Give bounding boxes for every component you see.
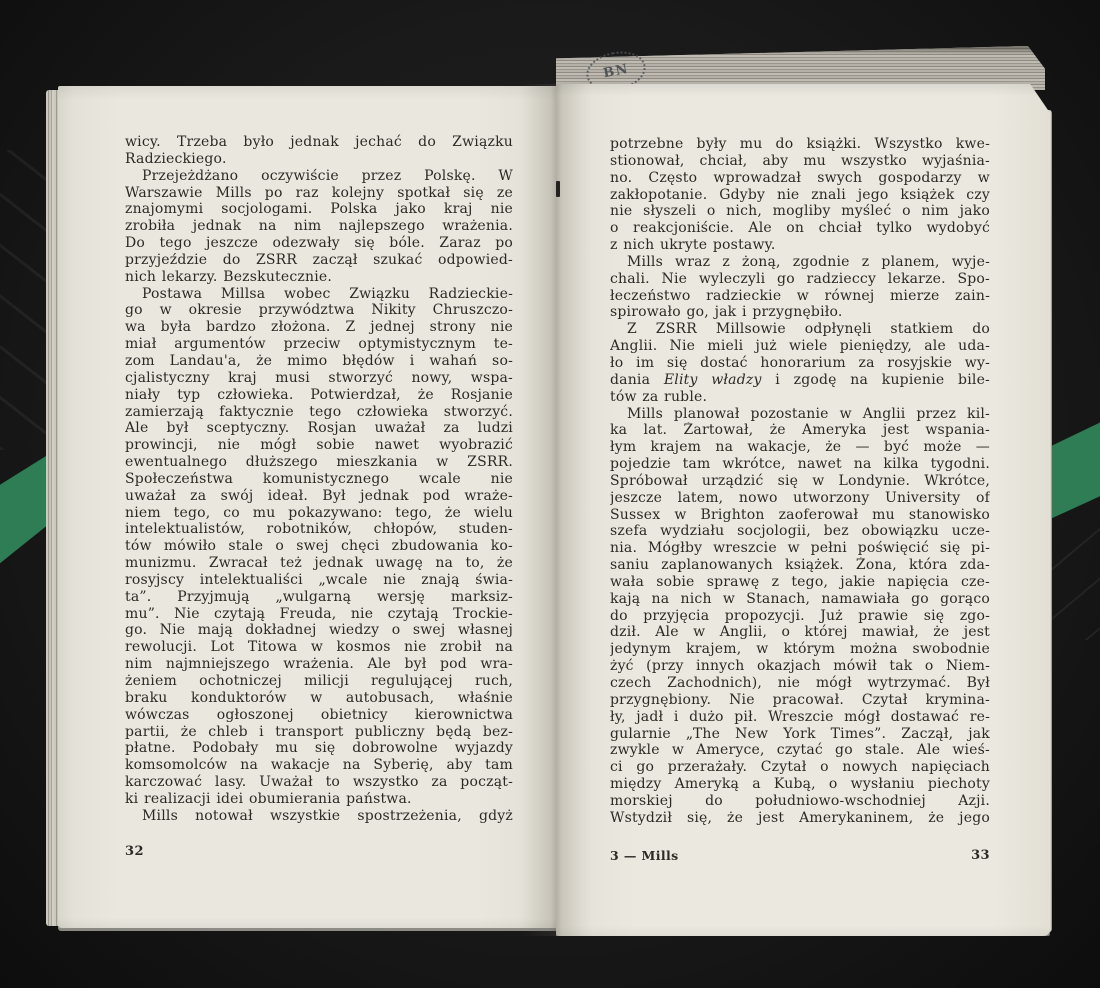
text-line: Wstydził się, że jest Amerykaninem, że j…	[610, 810, 990, 827]
page-number-left: 32	[125, 844, 144, 859]
text-line: uważał za swój ideał. Był jednak pod wra…	[125, 488, 513, 505]
text-line: wa była bardzo złożona. Z jednej strony …	[125, 319, 513, 336]
text-line: Radzieckiego.	[125, 151, 513, 168]
text-line: Mills wraz z żoną, zgodnie z planem, wyj…	[610, 254, 990, 271]
text-line: miał argumentów przeciw optymistycznym t…	[125, 336, 513, 353]
text-line: Społeczeństwa komunistycznego wcale nie	[125, 471, 513, 488]
text-line: pojedzie tam wkrótce, nawet na kilka tyg…	[610, 456, 990, 473]
text-line: Anglii. Nie mieli już wiele pieniędzy, a…	[610, 338, 990, 355]
text-line: prowincji, nie mógł sobie nawet wyobrazi…	[125, 437, 513, 454]
text-line: potrzebne były mu do książki. Wszystko k…	[610, 136, 990, 153]
text-line: Sussex w Brighton zaoferował mu stanowis…	[610, 507, 990, 524]
text-line: Postawa Millsa wobec Związku Radzieckie-	[125, 286, 513, 303]
text-line: ki realizacji idei obumierania państwa.	[125, 791, 513, 808]
right-page: potrzebne były mu do książki. Wszystko k…	[556, 84, 1050, 936]
text-line: szefa wydziału socjologii, bez obowiązku…	[610, 523, 990, 540]
library-stamp-label: BN	[602, 61, 630, 81]
text-line: Mills notował wszystkie spostrzeżenia, g…	[125, 808, 513, 825]
text-line: z nich ukryte postawy.	[610, 237, 990, 254]
text-line: go. Nie mają dokładnej wiedzy o swej wła…	[125, 622, 513, 639]
text-line: do przyjęcia propozycji. Już prawie się …	[610, 608, 990, 625]
text-line: zamierzają faktycznie tego człowieka stw…	[125, 404, 513, 421]
text-line: wicy. Trzeba było jednak jechać do Związ…	[125, 134, 513, 151]
text-line: wała sobie sprawę z tego, jakie napięcia…	[610, 574, 990, 591]
text-line: zrobiła jednak na nim najlepszego wrażen…	[125, 218, 513, 235]
text-line: saniu zaplanowanych książek. Żona, która…	[610, 557, 990, 574]
text-line: chali. Nie wyleczyli go radzieccy lekarz…	[610, 271, 990, 288]
book-photo-background: BN wicy. Trzeba było jednak jechać do Zw…	[0, 0, 1100, 988]
text-line: przyjeździe do ZSRR zaczął szukać odpowi…	[125, 252, 513, 269]
text-line: tów za ruble.	[610, 389, 990, 406]
text-line: niem tego, co mu pokazywano: tego, że wi…	[125, 505, 513, 522]
text-line: morskiej do południowo-wschodniej Azji.	[610, 793, 990, 810]
text-line: łeczeństwo radzieckie w równej mierze za…	[610, 288, 990, 305]
text-line: braku konduktorów w autobusach, właśnie	[125, 690, 513, 707]
text-line: między Ameryką a Kubą, o wysłaniu piecho…	[610, 776, 990, 793]
text-line: karczować lasy. Uważał to wszystko za po…	[125, 774, 513, 791]
text-line: jedynym krajem, w którym można swobodnie	[610, 641, 990, 658]
text-line: tów mówiło stale o swej chęci zbudowania…	[125, 538, 513, 555]
text-line: nim najmniejszego wrażenia. Ale był pod …	[125, 656, 513, 673]
text-line: przygnębiony. Nie pracował. Czytał krymi…	[610, 692, 990, 709]
text-line: gularnie „The New York Times”. Zaczął, j…	[610, 726, 990, 743]
text-line: partii, że chleb i transport publiczny b…	[125, 724, 513, 741]
text-line: nich lekarzy. Bezskutecznie.	[125, 269, 513, 286]
text-line: zwykle w Ameryce, czytać go stale. Ale w…	[610, 742, 990, 759]
cover-green-stripe-right	[1048, 405, 1100, 530]
text-line: munizmu. Zwracał też jednak uwagę na to,…	[125, 555, 513, 572]
text-line: zom Landau'a, że mimo błędów i wahań so-	[125, 353, 513, 370]
text-line: cjalistyczny kraj musi stworzyć nowy, ws…	[125, 370, 513, 387]
left-page-text: wicy. Trzeba było jednak jechać do Związ…	[125, 134, 513, 825]
text-line: łym krajem na wakacje, że — być może —	[610, 439, 990, 456]
text-line: wówczas ogłoszonej obietnicy kierownictw…	[125, 707, 513, 724]
text-line: o reakcjoniście. Ale on chciał tylko wyd…	[610, 220, 990, 237]
left-page: wicy. Trzeba było jednak jechać do Związ…	[58, 86, 556, 928]
text-line: rewolucji. Lot Titowa w kosmos nie zrobi…	[125, 639, 513, 656]
text-line: znajomymi socjologami. Polska jako kraj …	[125, 201, 513, 218]
text-line: ło im się dostać honorarium za rosyjskie…	[610, 355, 990, 372]
text-line: no. Często wprowadzał swych gospodarzy w	[610, 170, 990, 187]
text-line: czech Zachodnich), nie mógł wytrzymać. B…	[610, 675, 990, 692]
left-page-footer: 32	[125, 844, 513, 859]
text-line: Do tego jeszcze odezwały się bóle. Zaraz…	[125, 235, 513, 252]
text-line: ewentualnego dłuższego mieszkania w ZSRR…	[125, 454, 513, 471]
text-line: nia. Mógłby wreszcie w pełni poświęcić s…	[610, 540, 990, 557]
text-line: zakłopotanie. Gdyby nie znali jego książ…	[610, 187, 990, 204]
text-line: Z ZSRR Millsowie odpłynęli statkiem do	[610, 321, 990, 338]
text-line: Mills planował pozostanie w Anglii przez…	[610, 406, 990, 423]
text-line: niały typ człowieka. Potwierdzał, że Ros…	[125, 387, 513, 404]
text-line: spirowało go, jak i przygnębiło.	[610, 304, 990, 321]
text-line: Spróbował urządzić się w Londynie. Wkrót…	[610, 473, 990, 490]
text-line: intelektualistów, robotników, chłopów, s…	[125, 521, 513, 538]
page-number-right: 33	[971, 848, 990, 863]
text-line: dania Elity władzy i zgodę na kupienie b…	[610, 372, 990, 389]
right-page-text: potrzebne były mu do książki. Wszystko k…	[610, 136, 990, 827]
text-line: Przejeżdżano oczywiście przez Polskę. W	[125, 168, 513, 185]
text-line: kają na nich w Stanach, namawiała go gor…	[610, 591, 990, 608]
text-line: ta”. Przyjmują „wulgarną wersję marksiz-	[125, 589, 513, 606]
text-line: komsomolców na wakacje na Syberię, aby t…	[125, 757, 513, 774]
book-cover-right	[1050, 520, 1100, 640]
right-page-footer: 3 — Mills 33	[610, 848, 990, 863]
text-line: żyć (przy innych okazjach mówił tak o Ni…	[610, 658, 990, 675]
book-cover-left	[0, 150, 52, 450]
text-line: rosyjscy intelektualiści „wcale nie znaj…	[125, 572, 513, 589]
text-line: jeszcze latem, nowo utworzony University…	[610, 490, 990, 507]
text-line: mu”. Nie czytają Freuda, nie czytają Tro…	[125, 606, 513, 623]
text-line: żeniem ochotniczej milicji regulującej r…	[125, 673, 513, 690]
text-line: go w okresie przywództwa Nikity Chruszcz…	[125, 302, 513, 319]
text-line: dził. Ale w Anglii, o której mawiał, że …	[610, 624, 990, 641]
print-signature: 3 — Mills	[610, 848, 679, 863]
gutter-ink-mark	[556, 181, 560, 197]
text-line: ka lat. Żartował, że Ameryka jest wspani…	[610, 422, 990, 439]
text-line: płatne. Podobały mu się dobrowolne wyjaz…	[125, 740, 513, 757]
text-line: Warszawie Mills po raz kolejny spotkał s…	[125, 185, 513, 202]
text-line: ły, jadł i dużo pił. Wreszcie mógł dosta…	[610, 709, 990, 726]
text-line: ci go przerażały. Czytał o nowych napięc…	[610, 759, 990, 776]
text-line: nie słyszeli o nich, mogliby myśleć o ni…	[610, 203, 990, 220]
text-line: Ale był sceptyczny. Rosjan uważał za lud…	[125, 420, 513, 437]
text-line: stionował, chciał, aby mu wszystko wyjaś…	[610, 153, 990, 170]
